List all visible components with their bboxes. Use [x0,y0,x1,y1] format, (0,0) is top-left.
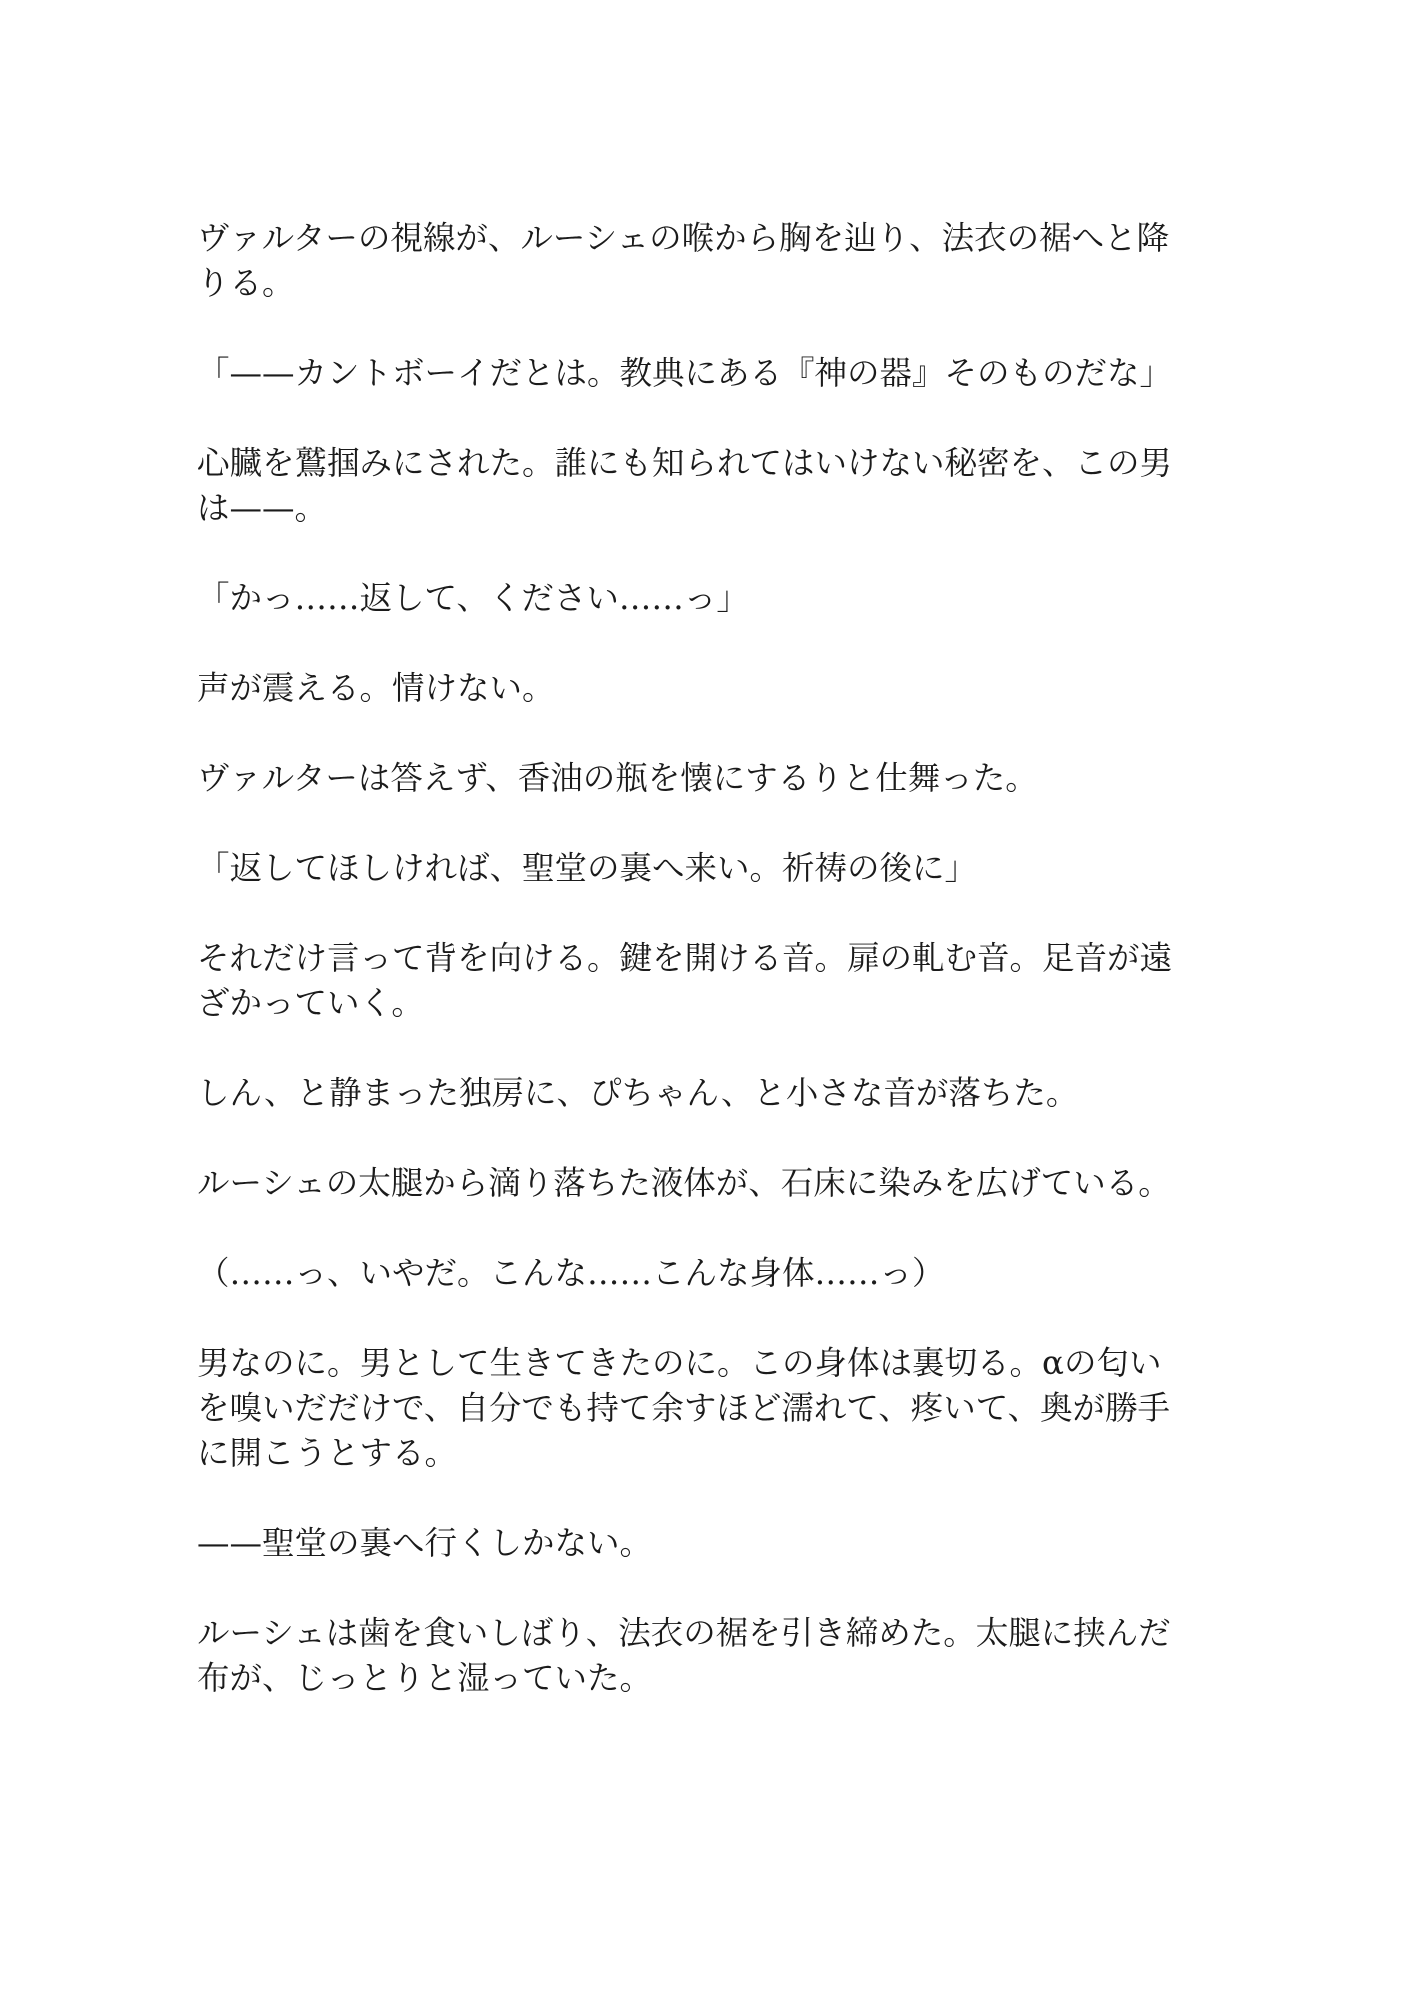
paragraph: ヴァルターは答えず、香油の瓶を懐にするりと仕舞った。 [197,756,1175,801]
paragraph: ヴァルターの視線が、ルーシェの喉から胸を辿り、法衣の裾へと降りる。 [197,216,1175,306]
paragraph: 「——カントボーイだとは。教典にある『神の器』そのものだな」 [197,351,1175,396]
paragraph: ——聖堂の裏へ行くしかない。 [197,1521,1175,1566]
text-content: ヴァルターの視線が、ルーシェの喉から胸を辿り、法衣の裾へと降りる。 「——カント… [197,216,1175,1746]
paragraph: 「かっ……返して、ください……っ」 [197,576,1175,621]
paragraph: 「返してほしければ、聖堂の裏へ来い。祈祷の後に」 [197,846,1175,891]
paragraph: （……っ、いやだ。こんな……こんな身体……っ） [197,1251,1175,1296]
paragraph: ルーシェは歯を食いしばり、法衣の裾を引き締めた。太腿に挟んだ布が、じっとりと湿っ… [197,1611,1175,1701]
document-page: ヴァルターの視線が、ルーシェの喉から胸を辿り、法衣の裾へと降りる。 「——カント… [0,0,1415,2000]
paragraph: 男なのに。男として生きてきたのに。この身体は裏切る。αの匂いを嗅いだだけで、自分… [197,1341,1175,1476]
paragraph: ルーシェの太腿から滴り落ちた液体が、石床に染みを広げている。 [197,1161,1175,1206]
paragraph: 心臓を鷲掴みにされた。誰にも知られてはいけない秘密を、この男は——。 [197,441,1175,531]
paragraph: 声が震える。情けない。 [197,666,1175,711]
paragraph: それだけ言って背を向ける。鍵を開ける音。扉の軋む音。足音が遠ざかっていく。 [197,936,1175,1026]
paragraph: しん、と静まった独房に、ぴちゃん、と小さな音が落ちた。 [197,1071,1175,1116]
